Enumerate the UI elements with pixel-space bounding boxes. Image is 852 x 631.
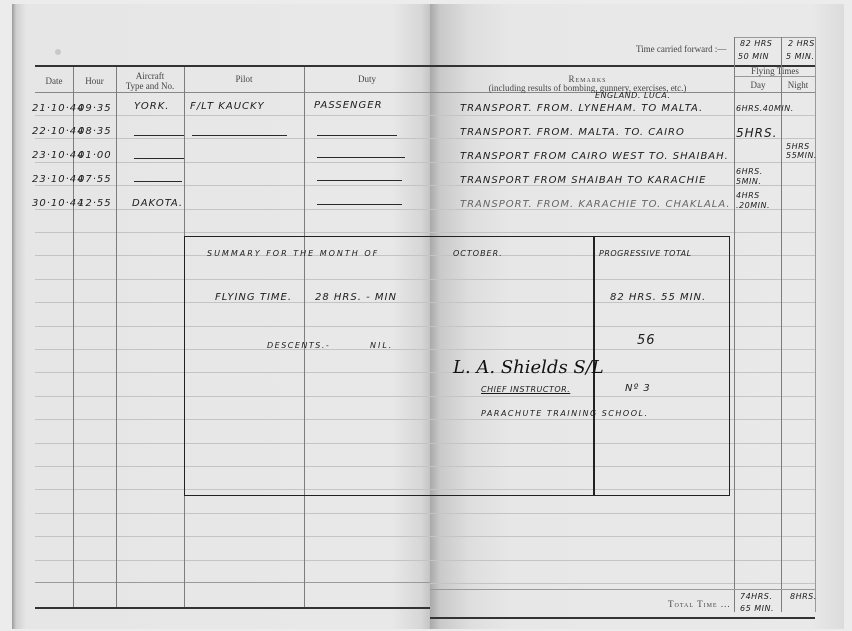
flying-times-header: Flying Times [735,66,815,76]
instructor-signature: L. A. Shields S/L [453,357,604,378]
entry-duty: PASSENGER [314,100,383,111]
flying-time-value: 28 HRS. - MIN [315,292,397,303]
entry-hour: 01·00 [78,150,112,161]
monthly-summary-box: SUMMARY FOR THE MONTH OF OCTOBER. PROGRE… [184,236,730,496]
entry-hour: 12·55 [78,198,112,209]
col-divider [781,37,782,612]
header-bottom-rule [35,92,430,93]
entry-hour: 07·55 [78,174,112,185]
entry-date: 30·10·44 [32,198,85,209]
descents-value: NIL. [370,341,393,350]
carried-forward-day-hours: 82 HRS [740,39,772,48]
ledger-line [35,185,430,186]
descents-label: DESCENTS.- [267,341,330,350]
ditto-mark [134,135,184,136]
carried-forward-night-mins: 5 MIN. [786,52,814,61]
total-separator-rule [35,582,430,583]
col-header-pilot: Pilot [184,74,304,84]
ledger-line [430,536,815,537]
col-header-duty: Duty [304,74,430,84]
remark-text: TRANSPORT. FROM. LYNEHAM. TO MALTA. [460,103,703,114]
progressive-total-label: PROGRESSIVE TOTAL [599,249,692,258]
col-divider [815,37,816,612]
total-night: 8HRS. [790,592,817,601]
ditto-mark [317,135,397,136]
page-bottom-rule [35,607,430,609]
col-header-date: Date [35,76,73,86]
ledger-line [35,115,430,116]
summary-month: OCTOBER. [453,249,503,258]
remark-day-time: 6HRS.40MIN. [736,104,794,113]
col-divider [116,67,117,607]
remarks-subheader: (including results of bombing, gunnery, … [450,83,725,93]
ditto-mark [317,204,402,205]
unit-name: PARACHUTE TRAINING SCHOOL. [481,409,649,418]
entry-pilot: F/LT KAUCKY [190,101,265,112]
ditto-mark [317,180,402,181]
ledger-line [35,560,430,561]
ledger-line [35,513,430,514]
total-day-hours: 74HRS. [740,592,772,601]
col-header-aircraft-line2: Type and No. [116,81,184,91]
col-divider [73,67,74,607]
ditto-mark [317,157,405,158]
entry-hour: 08·35 [78,126,112,137]
ledger-line [35,232,430,233]
flying-time-label: FLYING TIME. [215,292,292,303]
unit-number: Nº 3 [625,383,651,394]
flying-time-progressive: 82 HRS. 55 MIN. [610,292,706,303]
descents-progressive: 56 [637,333,656,348]
entry-date: 23·10·44 [32,150,85,161]
carried-forward-night-hours: 2 HRS [788,39,815,48]
remark-day-time: 6HRS. 5MIN. [736,167,782,187]
remark-night-time: 5HRS 55MIN. [786,142,836,160]
ledger-line [35,536,430,537]
ledger-line [430,232,815,233]
page-bottom-rule [430,617,815,619]
ledger-line [430,560,815,561]
total-time-label: Total Time ... [668,599,731,609]
ledger-line [35,138,430,139]
summary-title: SUMMARY FOR THE MONTH OF [207,249,379,258]
col-divider [734,37,735,612]
binding-hole [55,49,61,55]
ledger-line [35,162,430,163]
entry-aircraft: DAKOTA. [132,198,183,209]
ledger-line [430,583,815,584]
entry-hour: 09·35 [78,103,112,114]
total-day-mins: 65 MIN. [740,604,774,613]
entry-date: 23·10·44 [32,174,85,185]
col-header-aircraft-line1: Aircraft [116,71,184,81]
remark-text: TRANSPORT FROM CAIRO WEST TO. SHAIBAH. [460,151,729,162]
remark-annotation: ENGLAND. LUCA. [595,91,670,100]
ledger-line [430,513,815,514]
entry-date: 22·10·44 [32,126,85,137]
pilot-logbook-spread: Date Hour Aircraft Type and No. Pilot Du… [12,4,844,629]
remark-day-time: 4HRS .20MIN. [736,191,782,211]
total-top-rule [430,589,815,590]
col-header-aircraft: Aircraft Type and No. [116,71,184,91]
col-header-hour: Hour [73,76,116,86]
ditto-mark [134,181,182,182]
remark-text: TRANSPORT FROM SHAIBAH TO KARACHIE [460,175,706,186]
time-carried-forward-label: Time carried forward :— [636,44,726,54]
night-header: Night [781,80,815,90]
signatory-title: CHIEF INSTRUCTOR. [481,385,570,394]
remark-text: TRANSPORT. FROM. MALTA. TO. CAIRO [460,127,685,138]
header-top-rule [35,65,430,67]
entry-date: 21·10·44 [32,103,85,114]
ledger-line [430,115,815,116]
carried-forward-top-rule [734,37,815,38]
remark-day-time: 5HRS. [736,126,777,140]
remark-text: TRANSPORT. FROM. KARACHIE TO. CHAKLALA. [460,199,731,210]
carried-forward-day-mins: 50 MIN [738,52,769,61]
ditto-mark [192,135,287,136]
flying-times-rule [734,76,815,77]
ditto-mark [134,158,184,159]
entry-aircraft: YORK. [134,101,170,112]
day-header: Day [735,80,781,90]
